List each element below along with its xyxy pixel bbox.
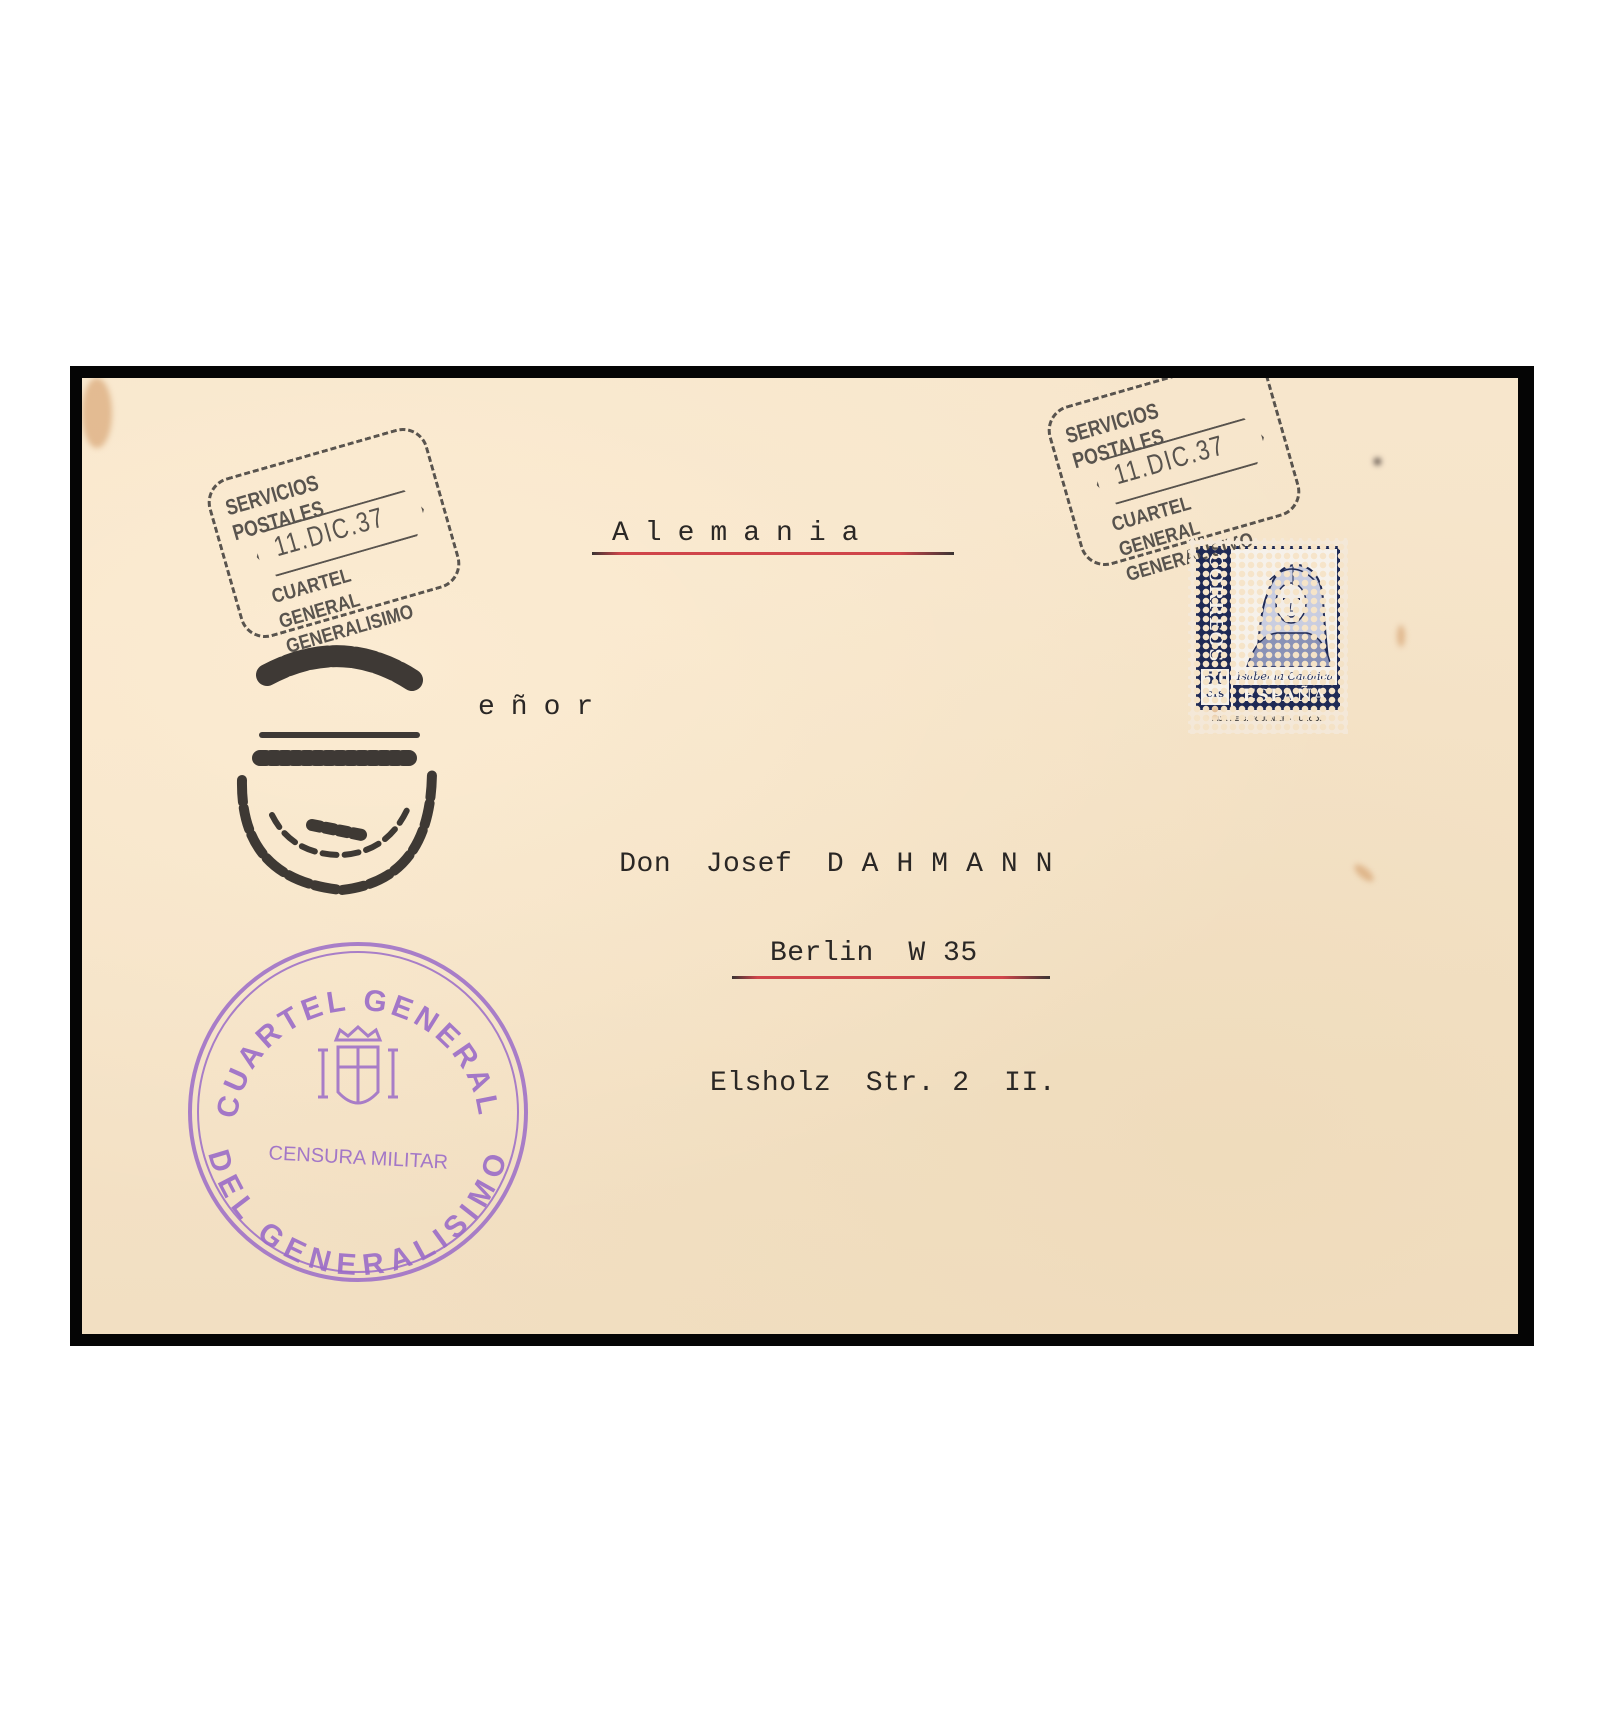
stamp-value-unit: CTS xyxy=(1201,689,1229,699)
addressee-city: Berlin W 35 xyxy=(770,938,978,969)
addressee-street: Elsholz Str. 2 II. xyxy=(710,1068,1056,1099)
city-underline xyxy=(732,976,1050,979)
postmark-left: SERVICIOS POSTALES 11.DIC.37 CUARTEL GEN… xyxy=(202,422,467,644)
stain xyxy=(82,378,112,448)
svg-text:CENSURA MILITAR: CENSURA MILITAR xyxy=(268,1142,449,1173)
stamp-value: 50 CTS xyxy=(1199,667,1231,707)
stain xyxy=(1397,625,1405,647)
round-postmark xyxy=(222,640,458,910)
addressee-name: Don Josef DAHMANN xyxy=(550,818,1070,911)
salutation: eñor xyxy=(478,692,609,723)
addressee-first: Don Josef xyxy=(619,849,792,880)
stamp-portrait-name: Isabel la Católica xyxy=(1233,669,1337,685)
destination-country: Alemania xyxy=(612,518,874,549)
queen-portrait-icon xyxy=(1237,555,1333,667)
coat-of-arms-icon xyxy=(318,1027,398,1103)
postage-stamp: CORREOS 50 CTS Isabel la Católica ESPAÑA… xyxy=(1188,538,1348,734)
stain xyxy=(1352,861,1377,884)
stain xyxy=(1374,458,1381,465)
stamp-frame: CORREOS 50 CTS Isabel la Católica ESPAÑA xyxy=(1196,546,1340,710)
stamp-side-text: CORREOS xyxy=(1199,549,1231,667)
addressee-surname: DAHMANN xyxy=(827,849,1071,880)
destination-underline xyxy=(592,552,954,555)
envelope: SERVICIOS POSTALES 11.DIC.37 CUARTEL GEN… xyxy=(82,378,1518,1334)
censor-mark: CUARTEL GENERAL DEL GENERALISIMO CENSURA… xyxy=(178,932,534,1288)
stamp-country: ESPAÑA xyxy=(1233,685,1337,707)
stamp-value-number: 50 xyxy=(1201,669,1229,689)
stamp-printer-imprint: HIJA DE B. FOURNIER - BURGOS xyxy=(1188,716,1348,723)
